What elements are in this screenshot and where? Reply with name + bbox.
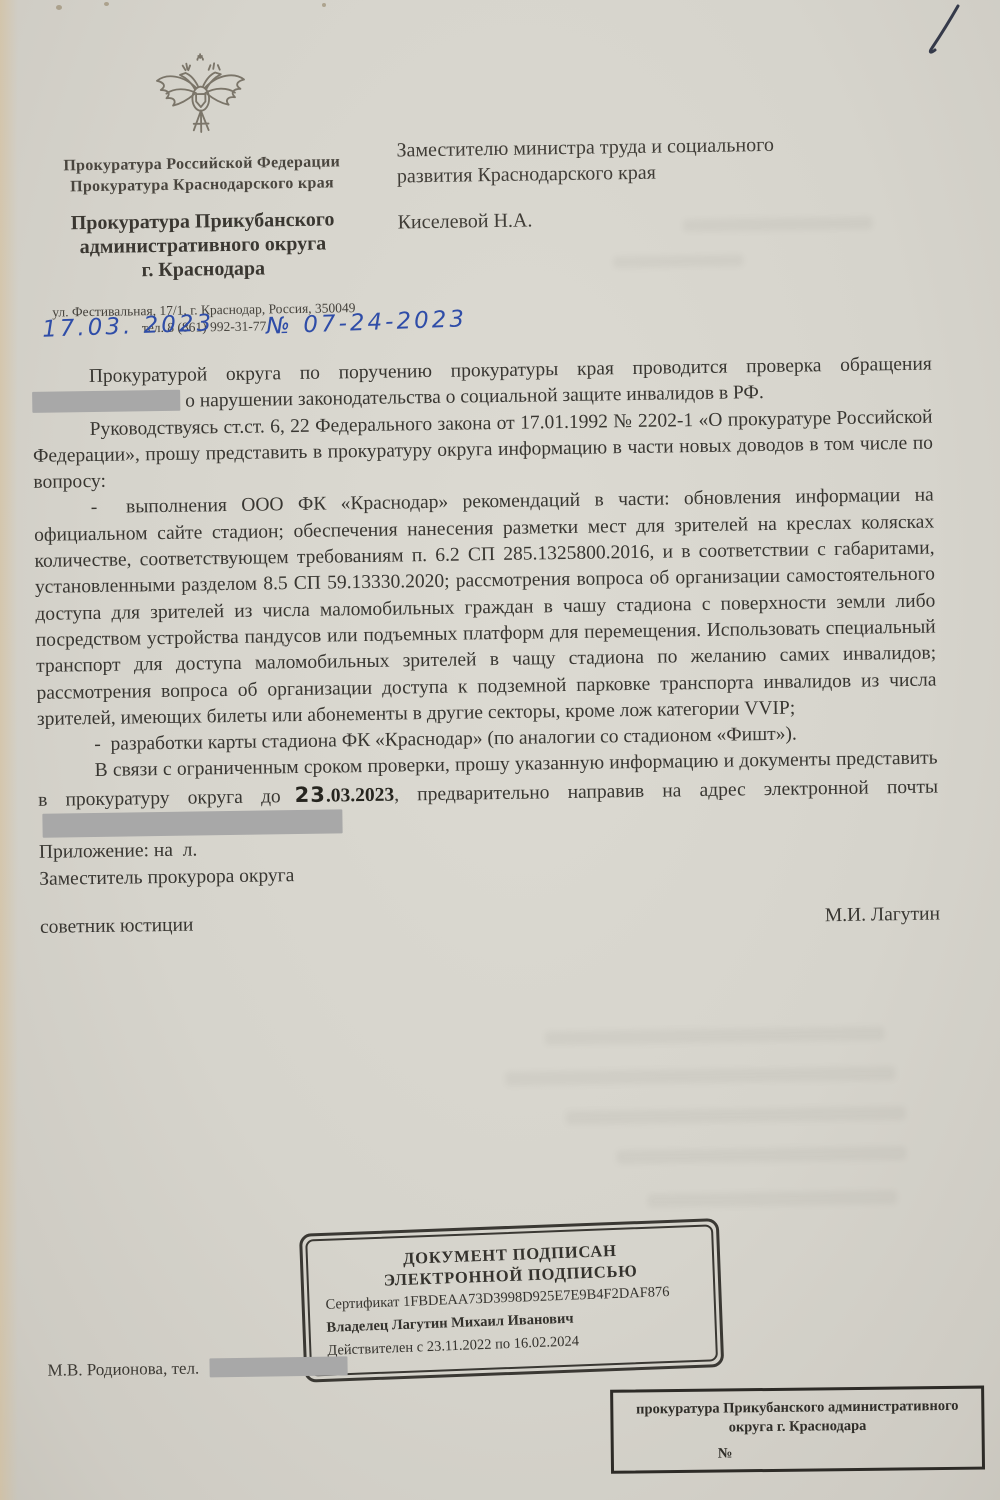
stamp-outer-border: ДОКУМЕНТ ПОДПИСАН ЭЛЕКТРОННОЙ ПОДПИСЬЮ С… (299, 1218, 724, 1383)
letterhead: Прокуратура Российской Федерации Прокура… (20, 50, 384, 338)
deadline-date-rest: .03.2023 (326, 784, 395, 806)
signature-row: советник юстиции М.И. Лагутин (40, 901, 940, 941)
deadline-day-handwritten: 23 (294, 782, 326, 806)
executor-line: М.В. Родионова, тел. (47, 1356, 347, 1380)
signer-name: М.И. Лагутин (825, 901, 940, 929)
redaction-block-email (42, 809, 342, 837)
addressee-name: Киселевой Н.А. (397, 202, 927, 236)
bleed-through-artifact (613, 254, 743, 268)
bleed-through-artifact (616, 1146, 906, 1164)
body-paragraph-3: - выполнения ООО ФК «Краснодар» рекоменд… (34, 483, 937, 733)
signer-position-line2: советник юстиции (40, 913, 194, 942)
letter-content: Прокуратура Российской Федерации Прокура… (0, 0, 1000, 1500)
bleed-through-artifact (647, 1190, 897, 1208)
owner-value: Лагутин Михаил Иванович (392, 1311, 574, 1334)
letter-body: Прокуратурой округа по поручению прокура… (32, 352, 940, 942)
bleed-through-artifact (505, 1066, 895, 1086)
reg-stamp-number-label: № (718, 1442, 976, 1464)
certificate-label: Сертификат (325, 1294, 399, 1313)
stamp-inner-border: ДОКУМЕНТ ПОДПИСАН ЭЛЕКТРОННОЙ ПОДПИСЬЮ С… (305, 1224, 718, 1376)
handwritten-date: 17.03. 2023 (42, 310, 215, 342)
incoming-registration-stamp: прокуратура Прикубанского административн… (610, 1386, 985, 1474)
owner-label: Владелец (326, 1318, 388, 1336)
redaction-block-phone (209, 1356, 347, 1377)
bleed-through-artifact (545, 1026, 885, 1045)
letterhead-org-line2: Прокуратура Краснодарского края (22, 172, 382, 198)
bleed-through-artifact (566, 1106, 906, 1125)
letterhead-office-line3: г. Краснодара (23, 255, 383, 284)
scanned-letter-page: Прокуратура Российской Федерации Прокура… (0, 0, 1000, 1500)
coat-of-arms-icon (148, 52, 253, 142)
deadline-date: 23.03.2023 (295, 784, 395, 806)
p1-text-before: Прокуратурой округа по поручению прокура… (89, 354, 932, 388)
p5-text-after: , предварительно направив на адрес элект… (394, 776, 938, 805)
reg-stamp-line1: прокуратура Прикубанского административн… (619, 1397, 975, 1420)
body-paragraph-5: В связи с ограниченным сроком проверки, … (38, 746, 939, 840)
redaction-block (32, 390, 180, 413)
letterhead-office: Прокуратура Прикубанского административн… (22, 207, 383, 284)
electronic-signature-stamp: ДОКУМЕНТ ПОДПИСАН ЭЛЕКТРОННОЙ ПОДПИСЬЮ С… (299, 1218, 724, 1383)
body-paragraph-2: Руководствуясь ст.ст. 6, 22 Федерального… (32, 404, 933, 496)
addressee-block: Заместителю министра труда и социального… (396, 130, 927, 236)
handwritten-outgoing-number: № 07-24-2023 (266, 306, 468, 340)
reg-stamp-line2: округа г. Краснодара (619, 1416, 975, 1439)
executor-name: М.В. Родионова, тел. (47, 1359, 199, 1380)
